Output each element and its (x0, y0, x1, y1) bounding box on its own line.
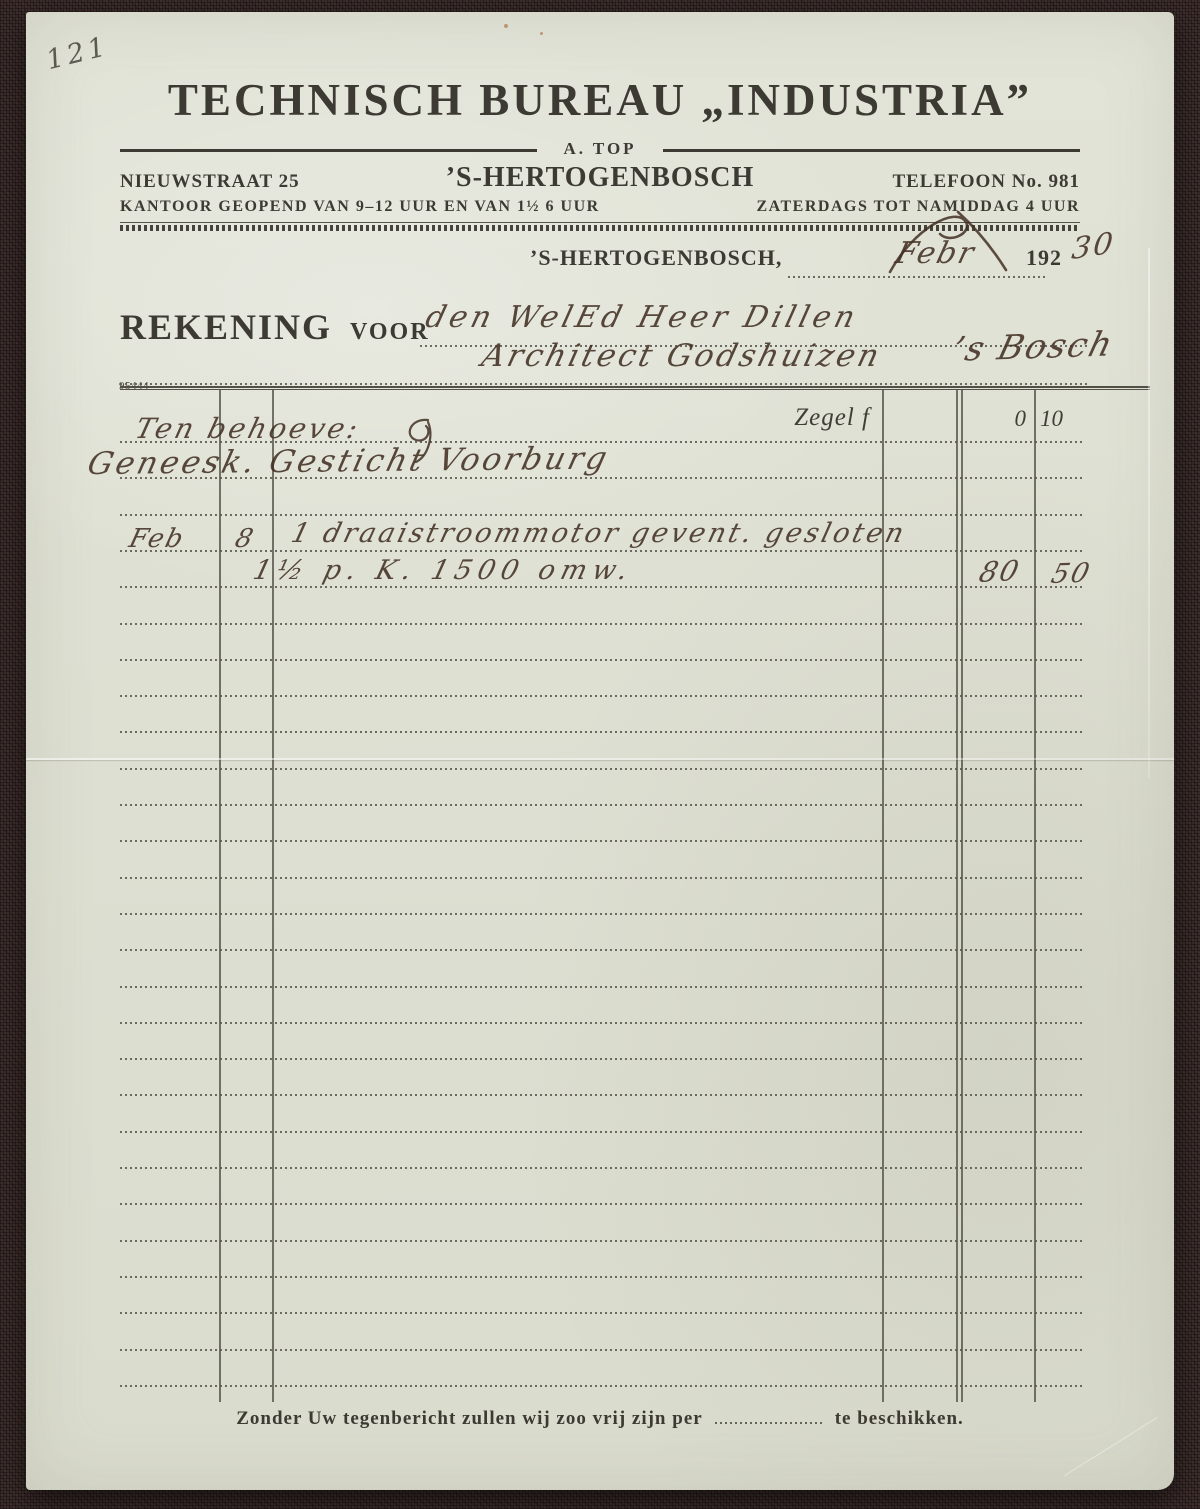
stamp-label: Zegel f (726, 404, 870, 432)
ledger-row-line (120, 1312, 1085, 1314)
archive-number: 121 (43, 31, 112, 76)
entry-heading-handwritten: Ten behoeve: (132, 412, 364, 445)
paper-stain (540, 32, 543, 35)
table-vertical-rule (219, 390, 221, 1402)
ledger-row-line (120, 913, 1085, 915)
footer-text-after: te beschikken. (835, 1408, 964, 1430)
ledger-row-line (120, 695, 1085, 697)
place-handwritten: ’s Bosch (948, 324, 1118, 370)
recipient-handwritten: den WelEd Heer Dillen (422, 300, 862, 335)
entry-amount-guilders: 80 (976, 554, 1024, 589)
address-row: NIEUWSTRAAT 25 ’S-HERTOGENBOSCH TELEFOON… (120, 162, 1080, 196)
invoice-paper: 121 TECHNISCH BUREAU „INDUSTRIA” A. TOP … (26, 12, 1174, 1490)
street-address: NIEUWSTRAAT 25 (120, 171, 300, 193)
table-vertical-rule (956, 390, 958, 1402)
entry-description-line2: 1½ p. K. 1500 omw. (250, 555, 637, 586)
ledger-row-line (120, 731, 1085, 733)
ledger-row-line (120, 659, 1085, 661)
stamp-guilders: 0 (982, 406, 1026, 432)
table-vertical-rule (272, 390, 274, 1402)
occupation-handwritten: Architect Godshuizen (478, 338, 886, 374)
table-vertical-rule (1034, 390, 1036, 1402)
rekening-label: REKENING (120, 307, 332, 347)
paper-stain (504, 24, 508, 28)
ledger-row-line (120, 1349, 1085, 1351)
ledger-row-line (120, 877, 1085, 879)
ledger-row-line (120, 1058, 1085, 1060)
ledger-row-line (120, 1385, 1085, 1387)
table-vertical-rule (961, 390, 963, 1402)
ledger-row-line (120, 1094, 1085, 1096)
ledger-row-line (120, 949, 1085, 951)
year-handwritten: 30 (1070, 226, 1116, 267)
entry-client-handwritten: Geneesk. Gesticht Voorburg (84, 441, 613, 482)
rule-left (120, 149, 537, 152)
company-name: TECHNISCH BUREAU „INDUSTRIA” (26, 74, 1174, 126)
city-name: ’S-HERTOGENBOSCH (446, 162, 755, 194)
footer-line: Zonder Uw tegenbericht zullen wij zoo vr… (26, 1408, 1174, 1430)
ledger-row-line (120, 804, 1085, 806)
ledger-row-line (120, 1022, 1085, 1024)
rule-right (663, 149, 1080, 152)
ledger-row-line (120, 986, 1085, 988)
ledger-row-line (120, 1276, 1085, 1278)
footer-text-before: Zonder Uw tegenbericht zullen wij zoo vr… (236, 1408, 702, 1430)
ledger-row-line (120, 586, 1085, 588)
ledger-row-line (120, 1240, 1085, 1242)
stamp-cents: 10 (1040, 406, 1063, 432)
voor-label: VOOR (350, 319, 430, 345)
table-top-rule (120, 386, 1150, 390)
proprietor-rule: A. TOP (120, 140, 1080, 160)
ledger-row-line (120, 768, 1085, 770)
ledger-row-line (120, 1203, 1085, 1205)
proprietor-name: A. TOP (537, 139, 662, 159)
entry-amount-cents: 50 (1048, 558, 1095, 590)
ledger-row-line (120, 1131, 1085, 1133)
ledger-row-line (120, 514, 1085, 516)
ledger-row-line (120, 550, 1085, 552)
ledger-row-line (120, 623, 1085, 625)
telephone-number: TELEFOON No. 981 (892, 171, 1080, 193)
office-hours: KANTOOR GEOPEND VAN 9–12 UUR EN VAN 1½ 6… (120, 198, 600, 216)
year-printed: 192 (1026, 245, 1062, 271)
billto-dotted-line-2 (120, 383, 1090, 385)
ledger-row-line (120, 1167, 1085, 1169)
date-place-label: ’S-HERTOGENBOSCH, (530, 245, 782, 271)
footer-dotted-blank (715, 1422, 823, 1424)
horizontal-fold-crease (26, 758, 1174, 760)
date-month-handwritten: Febr (892, 236, 979, 271)
photo-background: 121 TECHNISCH BUREAU „INDUSTRIA” A. TOP … (0, 0, 1200, 1509)
rekening-label-row: REKENING VOOR (120, 306, 430, 348)
ledger-row-line (120, 840, 1085, 842)
date-dotted-line (788, 276, 1046, 278)
entry-date-month: Feb (126, 524, 188, 554)
vertical-fold-crease (1148, 248, 1150, 778)
entry-description-line1: 1 draaistroommotor gevent. gesloten (288, 518, 910, 549)
